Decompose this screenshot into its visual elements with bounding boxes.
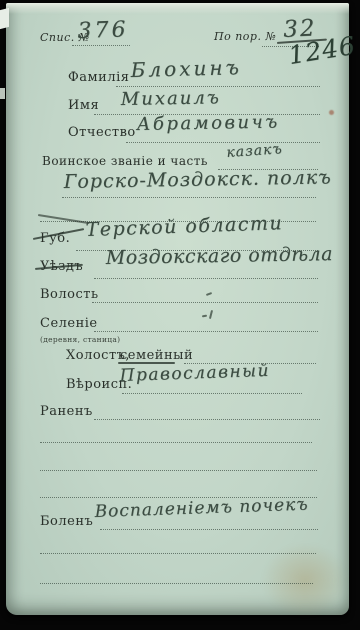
dotted-line <box>62 196 316 198</box>
dotted-line <box>94 330 318 332</box>
settlement-sublabel: (деревня, станица) <box>40 335 120 344</box>
dotted-line <box>40 441 312 443</box>
list-number-value: 376 <box>77 17 129 44</box>
unit-value: Горско-Моздокск. полкъ <box>64 166 332 193</box>
uezd-value: Моздокскаго отдѣла <box>106 243 334 269</box>
paper-stain <box>262 543 348 617</box>
wounded-label: Раненъ <box>40 404 93 419</box>
volost-label: Волость <box>40 287 99 302</box>
ink-spot <box>329 110 334 115</box>
card-top-edge <box>6 3 349 14</box>
marital-option-married: семейный <box>120 348 193 363</box>
first-name-label: Имя <box>68 98 99 113</box>
dotted-line <box>72 44 130 46</box>
card-corner-notch <box>0 8 9 29</box>
patronymic-value: Абрамовичъ <box>137 112 280 135</box>
dotted-line <box>94 418 320 420</box>
first-name-value: Михаилъ <box>121 87 221 110</box>
surname-label: Фамилія <box>68 70 129 85</box>
settlement-label: Селеніе <box>40 316 98 331</box>
card-edge-mark <box>0 88 5 99</box>
dotted-line <box>40 469 317 471</box>
dotted-line <box>40 582 313 584</box>
order-number-label: По пор. № <box>214 30 276 43</box>
dotted-line <box>100 528 318 530</box>
dotted-line <box>94 277 318 279</box>
sick-label: Боленъ <box>40 514 93 529</box>
dotted-line <box>40 552 316 554</box>
dotted-line <box>122 392 302 394</box>
scanned-record-photo: Спис. № 376 По пор. № 32 1246 Фамилія Бл… <box>0 0 360 630</box>
dotted-line <box>126 141 320 143</box>
surname-value: Блохинъ <box>130 55 242 82</box>
dotted-line <box>92 301 318 303</box>
patronymic-label: Отчество <box>68 125 136 140</box>
rank-unit-label: Воинское званіе и часть <box>42 154 208 168</box>
